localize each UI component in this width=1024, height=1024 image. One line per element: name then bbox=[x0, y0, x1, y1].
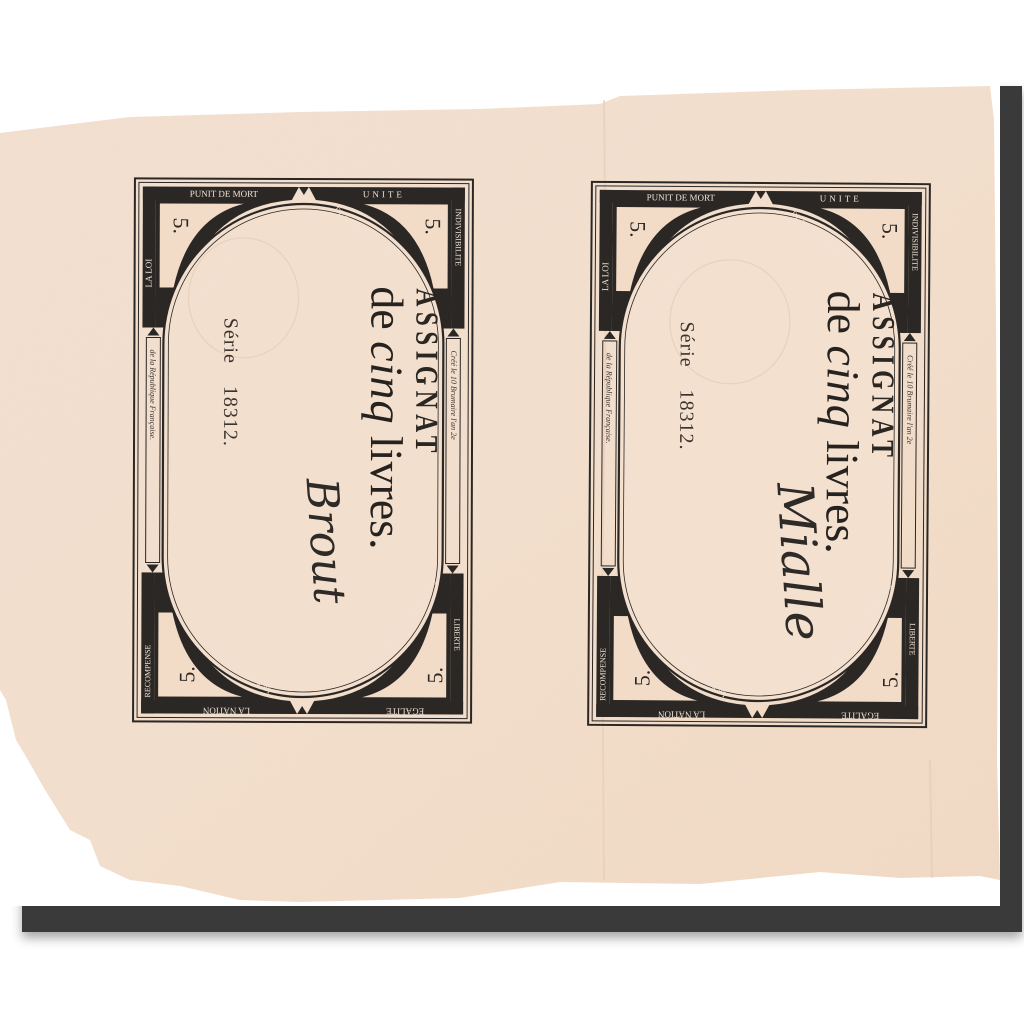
note-signature: Mialle bbox=[765, 481, 833, 643]
note-serie: Série18312. bbox=[218, 318, 241, 447]
assignat-note-right: PUNIT DE MORT UNITE LA LOI INDIVISIBILIT… bbox=[587, 181, 931, 728]
note-title: ASSIGNAT bbox=[408, 288, 446, 458]
note-denomination: de cinq livres. bbox=[360, 286, 414, 550]
note-center-text: ASSIGNAT de cinq livres. Série18312. Bro… bbox=[132, 177, 474, 723]
assignat-note-left: PUNIT DE MORT UNITE LA LOI INDIVISIBILIT… bbox=[132, 177, 474, 723]
note-serie: Série18312. bbox=[674, 321, 698, 450]
note-signature: Brout bbox=[296, 477, 355, 606]
note-center-text: ASSIGNAT de cinq livres. Série18312. Mia… bbox=[587, 181, 931, 728]
